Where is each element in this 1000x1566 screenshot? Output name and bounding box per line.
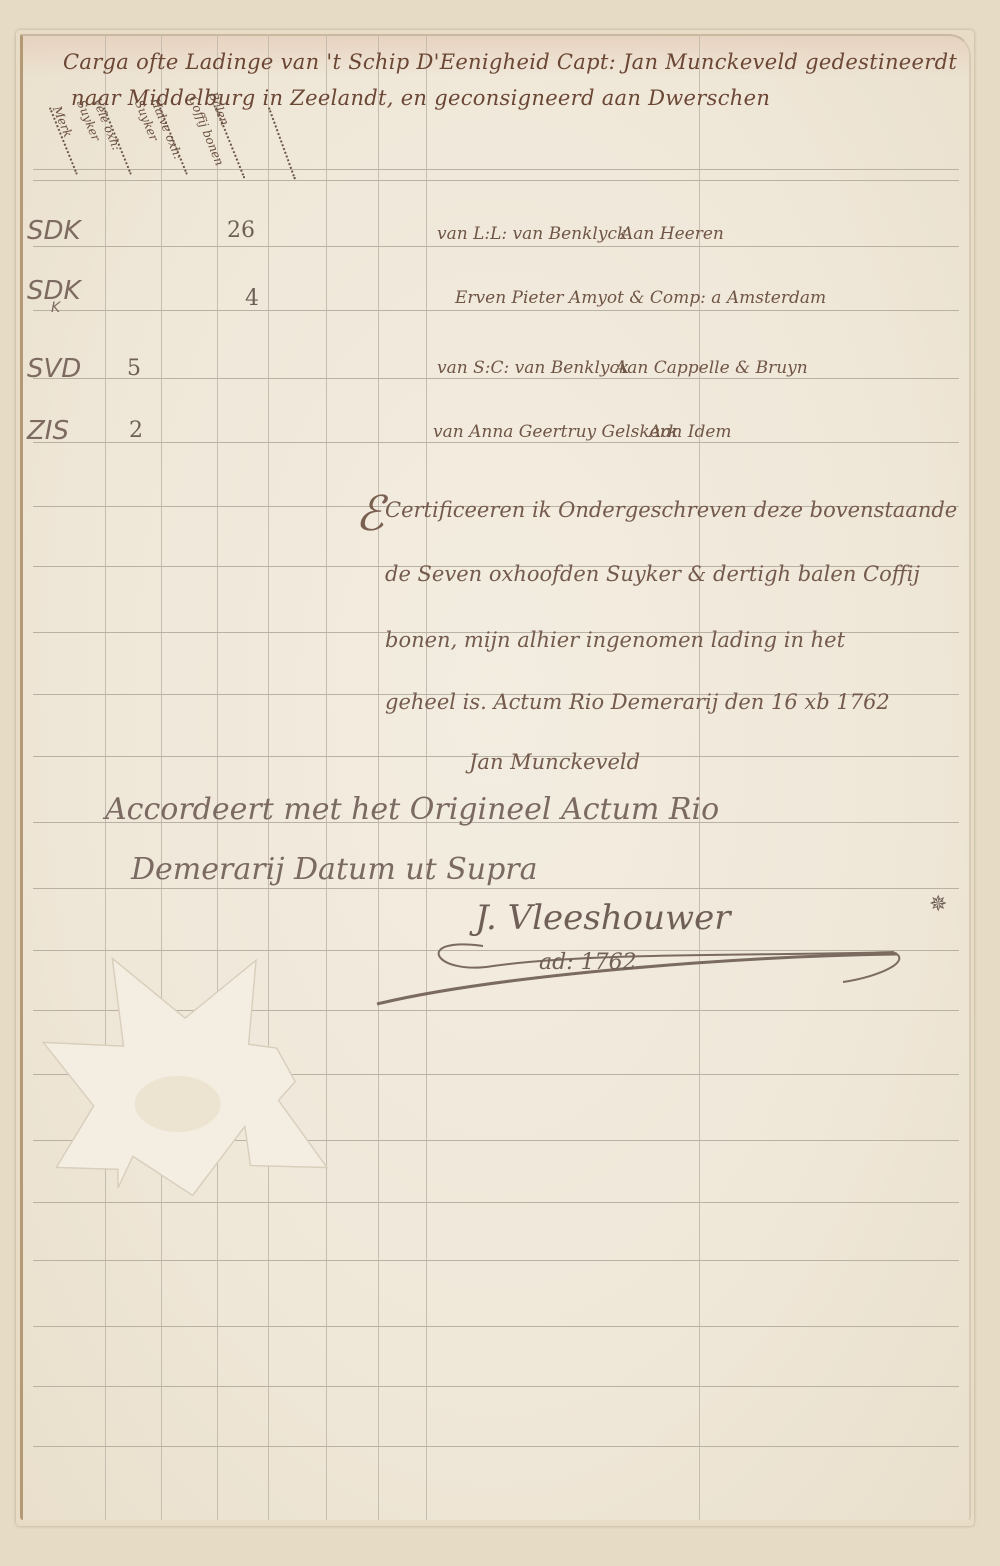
merk-svd: SVD — [27, 354, 81, 384]
row-rule — [33, 1446, 959, 1447]
pasted-paper-star — [37, 936, 337, 1216]
quantity-5: 5 — [127, 356, 141, 381]
consignee-entry: Aan Idem — [649, 422, 732, 442]
certification-line-2: de Seven oxhoofden Suyker & dertigh bale… — [385, 562, 920, 586]
consignee-entry: Aan Cappelle & Bruyn — [615, 358, 808, 378]
row-rule — [33, 310, 959, 311]
signature-flourish — [373, 916, 933, 1006]
column-rule — [161, 36, 162, 1520]
ink-blot: ✵ — [929, 892, 947, 917]
certification-line-3: bonen, mijn alhier ingenomen lading in h… — [385, 628, 845, 652]
captain-signature: Jan Munckeveld — [469, 750, 640, 774]
shipper-entry: van S:C: van Benklyck — [437, 358, 629, 378]
shipper-entry: van L:L: van Benklyck — [437, 224, 627, 244]
manuscript-page: Carga ofte Ladinge van 't Schip D'Eenigh… — [20, 34, 971, 1520]
row-rule — [33, 888, 959, 889]
column-rule — [378, 36, 379, 1520]
column-rule — [326, 36, 327, 1520]
merk-sdk: SDK — [27, 216, 81, 246]
column-rule — [268, 36, 269, 1520]
merk-zis: ZIS — [27, 416, 69, 446]
column-rule — [699, 36, 700, 1520]
header-rule-bottom — [33, 180, 959, 181]
certification-line-1: Certificeeren ik Ondergeschreven deze bo… — [385, 498, 957, 522]
shipper-entry: Erven Pieter Amyot & Comp: a Amsterdam — [455, 288, 826, 308]
merk-sub-k: K — [51, 300, 60, 316]
consignee-entry: Aan Heeren — [621, 224, 724, 244]
column-rule — [105, 36, 106, 1520]
shipper-entry: van Anna Geertruy Gelskerk — [433, 422, 678, 442]
attestation-line-2: Demerarij Datum ut Supra — [131, 852, 538, 887]
quantity-2: 2 — [129, 418, 143, 443]
row-rule — [33, 378, 959, 379]
manifest-title-line-1: Carga ofte Ladinge van 't Schip D'Eenigh… — [63, 50, 957, 74]
row-rule — [33, 1260, 959, 1261]
column-rule — [426, 36, 427, 1520]
row-rule — [33, 1326, 959, 1327]
official-date: ad: 1762 — [539, 950, 637, 975]
header-rule-top — [33, 169, 959, 170]
row-rule — [33, 1386, 959, 1387]
manifest-title-line-2: naar Middelburg in Zeelandt, en geconsig… — [71, 86, 770, 110]
flourish-initial-c: ℰ — [355, 486, 384, 542]
row-rule — [33, 442, 959, 443]
row-rule — [33, 246, 959, 247]
quantity-4: 4 — [245, 286, 259, 311]
quantity-26: 26 — [227, 218, 255, 243]
attestation-line-1: Accordeert met het Origineel Actum Rio — [105, 792, 719, 827]
certification-line-4: geheel is. Actum Rio Demerarij den 16 xb… — [385, 690, 890, 714]
column-rule — [217, 36, 218, 1520]
